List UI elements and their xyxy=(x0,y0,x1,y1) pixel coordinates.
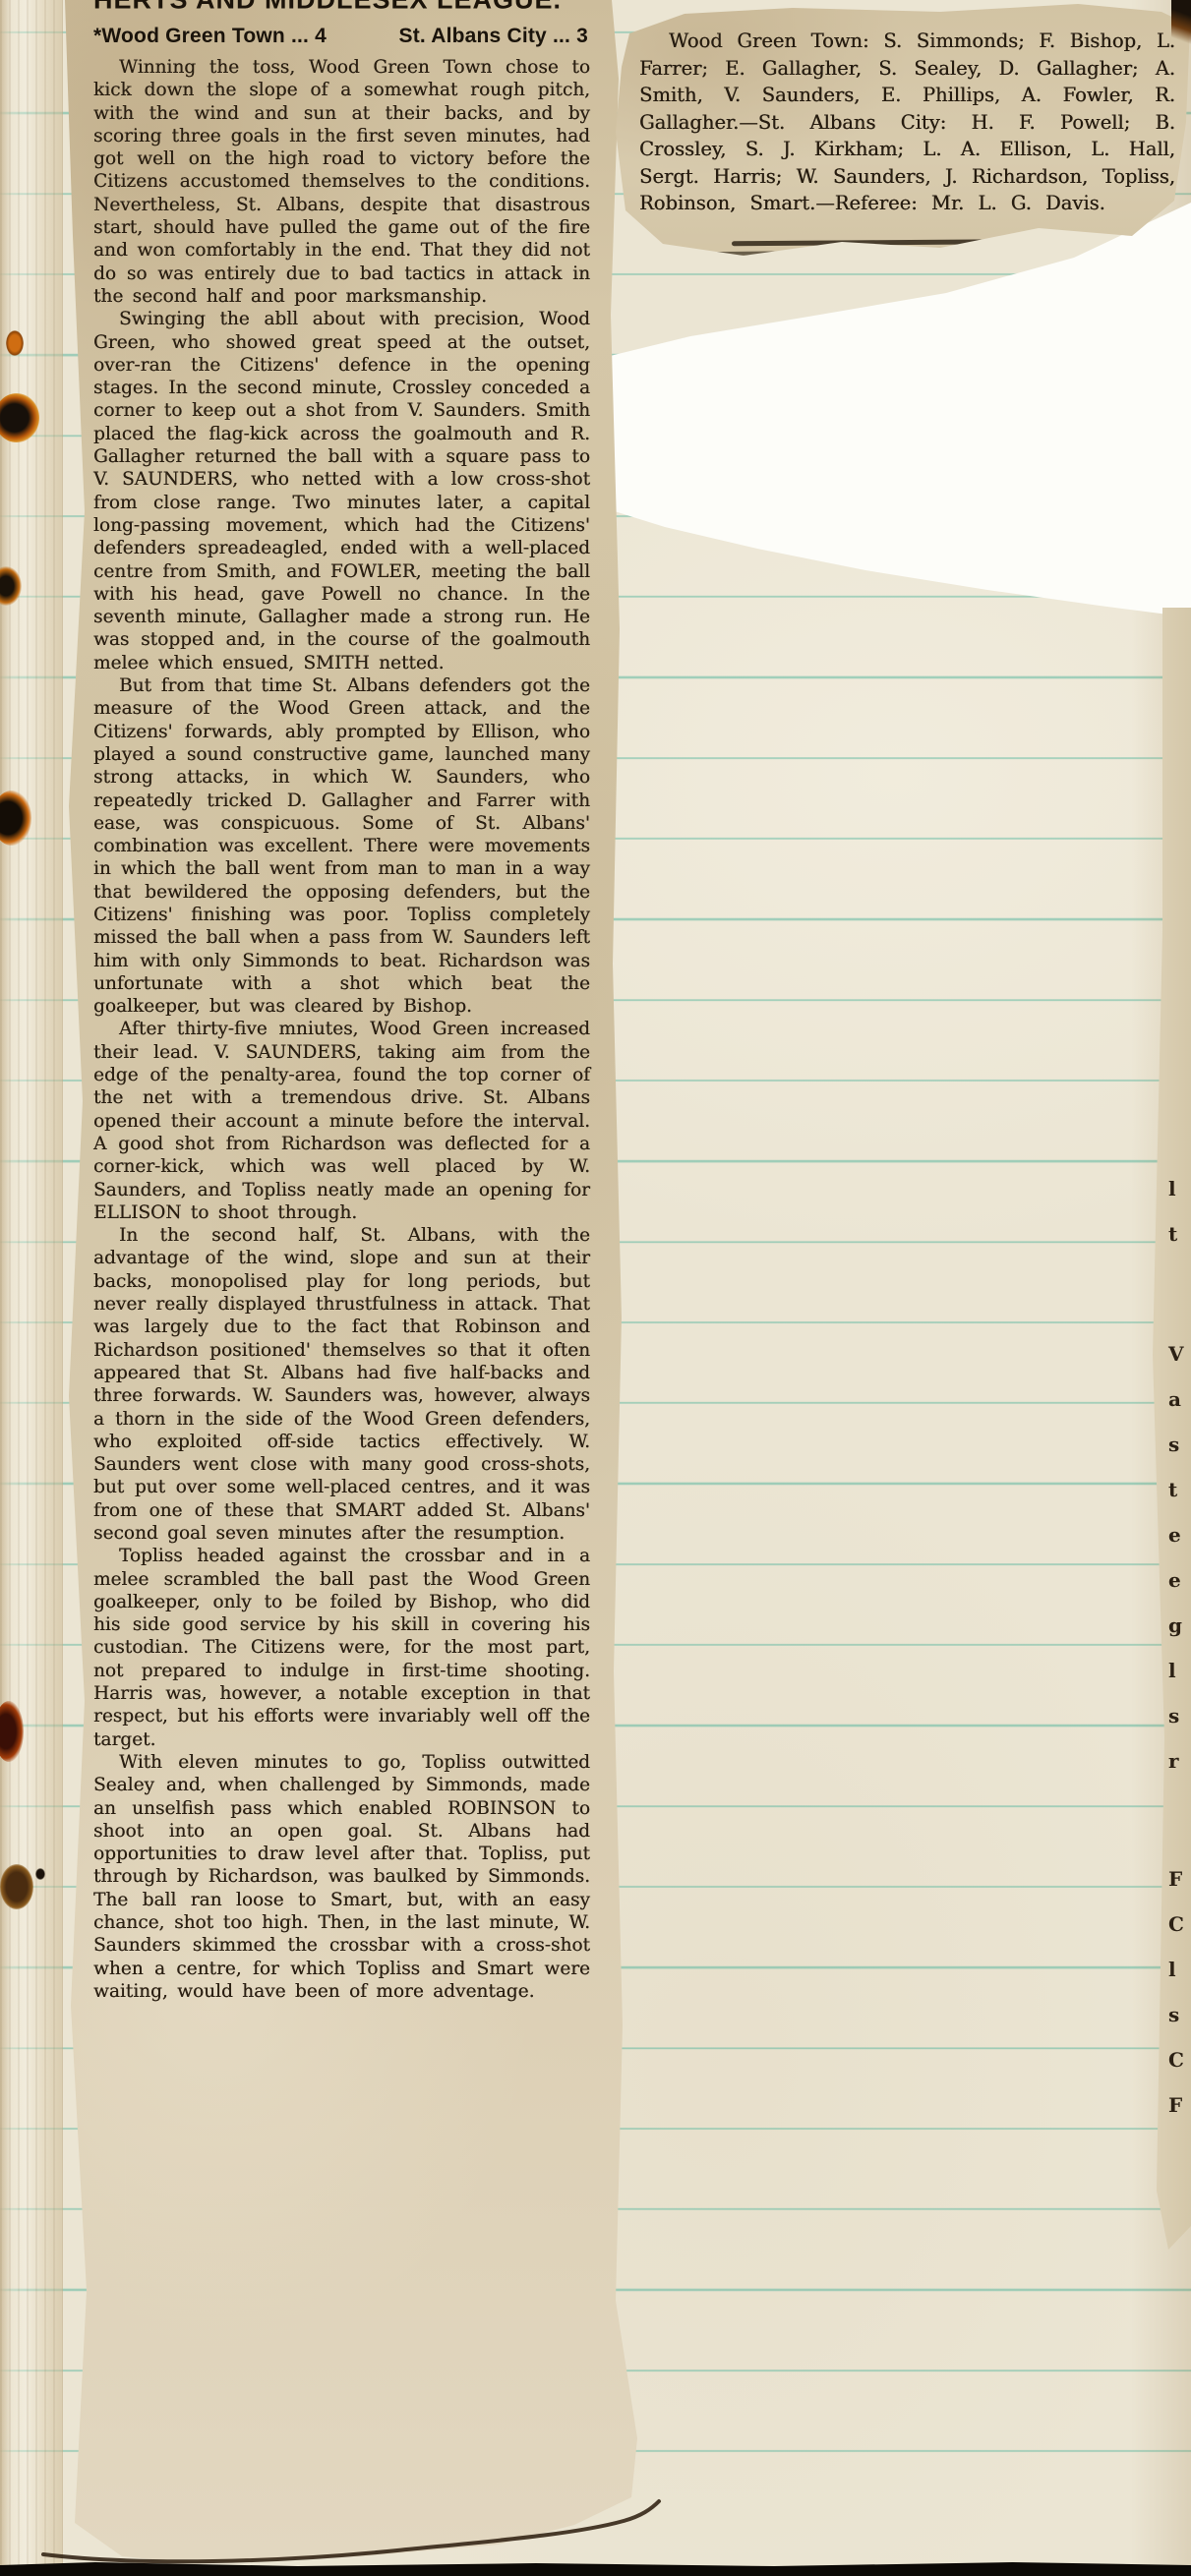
newspaper-clipping-team-list: Wood Green Town: S. Simmonds; F. Bishop,… xyxy=(616,4,1190,262)
article-paragraph: But from that time St. Albans defenders … xyxy=(93,674,590,1018)
article-paragraph: In the second half, St. Albans, with the… xyxy=(93,1224,590,1545)
fragment-group-1: l t xyxy=(1168,1166,1191,1257)
article-paragraph: After thirty-five mniutes, Wood Green in… xyxy=(93,1018,590,1224)
score-line: *Wood Green Town ... 4 St. Albans City .… xyxy=(93,25,588,48)
team-list-content: Wood Green Town: S. Simmonds; F. Bishop,… xyxy=(616,4,1190,217)
league-header-title: HERTS AND MIDDLESEX LEAGUE. xyxy=(93,0,590,13)
article-body: Winning the toss, Wood Green Town chose … xyxy=(93,56,590,2003)
score-home-team: *Wood Green Town ... 4 xyxy=(93,25,327,48)
article-paragraph: Topliss headed against the crossbar and … xyxy=(93,1545,590,1751)
cut-off-letter-fragments: l t V a s t e e g l s r F C l s C F xyxy=(1168,1121,1191,2173)
rust-stain xyxy=(6,330,24,356)
article-paragraph: With eleven minutes to go, Topliss outwi… xyxy=(93,1751,590,2003)
newspaper-clipping-main-article: HERTS AND MIDDLESEX LEAGUE. *Wood Green … xyxy=(35,0,637,2562)
fragment-group-2: V a s t e e g l s r xyxy=(1168,1331,1191,1784)
torn-edge-pencil-line xyxy=(24,2497,673,2571)
fragment-group-3: F C l s C F xyxy=(1168,1856,1191,2128)
scrapbook-photo: l t V a s t e e g l s r F C l s C F HERT… xyxy=(0,0,1191,2576)
article-paragraph: Swinging the abll about with precision, … xyxy=(93,308,590,674)
brown-stain xyxy=(0,1864,33,1909)
team-list-paragraph: Wood Green Town: S. Simmonds; F. Bishop,… xyxy=(639,28,1175,217)
league-header-clipped: HERTS AND MIDDLESEX LEAGUE. xyxy=(93,0,590,18)
photo-dark-corner xyxy=(1171,0,1191,45)
article-paragraph: Winning the toss, Wood Green Town chose … xyxy=(93,56,590,308)
book-spine-edge xyxy=(0,0,63,2576)
score-away-team: St. Albans City ... 3 xyxy=(399,25,588,48)
ink-spot xyxy=(35,1868,45,1880)
article-content: HERTS AND MIDDLESEX LEAGUE. *Wood Green … xyxy=(35,0,637,2003)
